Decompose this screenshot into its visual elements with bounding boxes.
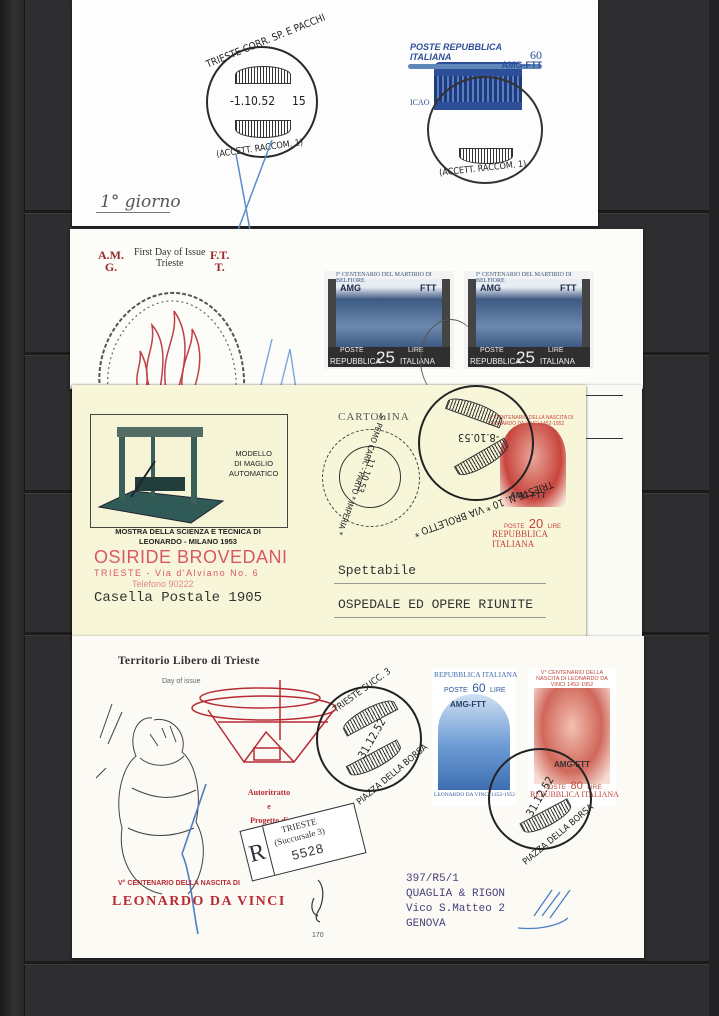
stamp-value: 25 bbox=[376, 348, 395, 368]
postmark-circle: -8.10.53 TRIESTE N. 10 * VIA BROLETTO * bbox=[418, 385, 534, 501]
caption-line: e bbox=[224, 800, 314, 814]
address-line: GENOVA bbox=[406, 917, 505, 932]
stamp-poste: POSTE bbox=[480, 347, 504, 354]
cover-4[interactable]: Territorio Libero di Trieste Day of issu… bbox=[72, 636, 644, 958]
postmark-circle: 31.12.52 PIAZZA DELLA BORSA bbox=[488, 748, 592, 850]
stamp-lire: LIRE bbox=[490, 687, 506, 694]
postmark-date: -1.10.52 bbox=[230, 94, 275, 108]
postmark-date: -8.10.53 bbox=[458, 431, 499, 444]
cover-2[interactable]: A.M. G. First Day of Issue Trieste F.T. … bbox=[70, 229, 643, 389]
cover-1[interactable]: -1.10.52 15 TRIESTE CORR. ⁠SP. E PACCHI … bbox=[72, 0, 598, 226]
header-amg-line2: G. bbox=[98, 261, 124, 273]
cachet-number: 170 bbox=[312, 932, 324, 939]
registration-letter: R bbox=[241, 826, 275, 880]
flames-icon bbox=[137, 311, 200, 389]
stamp-poste: POSTE bbox=[444, 687, 468, 694]
exhibition-text: MOSTRA DELLA SCIENZA E TECNICA DI LEONAR… bbox=[90, 527, 286, 547]
registration-number: 5528 bbox=[290, 840, 326, 863]
po-box: Casella Postale 1905 bbox=[94, 590, 262, 606]
address-line: 397/R5/1 bbox=[406, 872, 505, 887]
pencil-mark-icon bbox=[212, 140, 292, 230]
illustration-caption: MODELLO DI MAGLIO AUTOMATICO bbox=[229, 449, 278, 479]
stamp-poste: POSTE bbox=[410, 42, 441, 52]
stamp-country: REPUBBLICA ITALIANA bbox=[492, 529, 582, 549]
album-right-edge bbox=[709, 0, 719, 1016]
address-rule bbox=[334, 583, 546, 584]
caption-line: Autoritratto bbox=[224, 786, 314, 800]
sender-phone: Telefono 90222 bbox=[132, 579, 194, 589]
stamp-icao: ICAO bbox=[410, 98, 430, 107]
album-strip bbox=[24, 961, 709, 964]
stamp-overprint: AMG-FTT bbox=[502, 60, 543, 70]
caption-line: AUTOMATICO bbox=[229, 469, 278, 479]
exhibition-line: LEONARDO - MILANO 1953 bbox=[90, 537, 286, 547]
underline bbox=[96, 212, 170, 213]
stamp-value-bar: POSTE REPUBBLICA 25 LIRE ITALIANA bbox=[468, 347, 590, 367]
pencil-mark-icon bbox=[250, 329, 330, 389]
stamp-overprint-right: FTT bbox=[420, 283, 437, 293]
stamp-italiana: ITALIANA bbox=[540, 357, 575, 366]
cachet-title: Territorio Libero di Trieste bbox=[118, 655, 260, 667]
stamp-overprint: AMG-FTT bbox=[450, 700, 486, 709]
address-rule bbox=[334, 617, 546, 618]
caption-line: DI MAGLIO bbox=[229, 459, 278, 469]
pencil-mark-icon bbox=[518, 886, 578, 932]
album-binding-edge bbox=[0, 0, 25, 1016]
recipient-address: 397/R5/1 QUAGLIA & RIGON Vico S.Matteo 2… bbox=[406, 872, 505, 932]
sender-address: TRIESTE - Via d'Alviano No. 6 bbox=[94, 568, 259, 578]
stamp-republic: REPUBBLICA bbox=[330, 357, 381, 366]
postmark-circle: (ACCETT. RACCOM. 1) bbox=[427, 76, 543, 184]
stamp-overprint-left: AMG bbox=[340, 283, 361, 293]
header-fdi: First Day of Issue Trieste bbox=[134, 247, 205, 269]
header-fdi-line2: Trieste bbox=[134, 258, 205, 269]
header-ftt-line2: T. bbox=[210, 261, 229, 273]
postmark-circle: 11.10.53 S. PEMO CARR. - PARTO * IMPERIA… bbox=[322, 429, 420, 527]
maglio-illustration-frame: MODELLO DI MAGLIO AUTOMATICO bbox=[90, 414, 288, 528]
handwritten-note: 1° giorno bbox=[100, 192, 181, 212]
header-fdi-line1: First Day of Issue bbox=[134, 247, 205, 258]
address-line: Vico S.Matteo 2 bbox=[406, 902, 505, 917]
stamp-overprint-right: FTT bbox=[560, 283, 577, 293]
machine-illustration-icon bbox=[95, 421, 225, 525]
address-line: QUAGLIA & RIGON bbox=[406, 887, 505, 902]
centenary-line: V° CENTENARIO DELLA NASCITA DI bbox=[118, 880, 240, 887]
addressee-line-2: OSPEDALE ED OPERE RIUNITE bbox=[338, 597, 533, 612]
stamp-value-row: POSTE 60 LIRE bbox=[444, 679, 506, 697]
sender-name: OSIRIDE BROVEDANI bbox=[94, 547, 288, 568]
pencil-mark-icon bbox=[172, 784, 212, 934]
card-type-label: CARTOLINA bbox=[338, 411, 410, 423]
postcard[interactable]: MODELLO DI MAGLIO AUTOMATICO MOSTRA DELL… bbox=[72, 385, 586, 637]
postmark-circle: 31.12.52 TRIESTE SUCC. 3 PIAZZA DELLA BO… bbox=[316, 686, 422, 792]
stamp-value: 25 bbox=[516, 348, 535, 368]
stamp-country: REPUBBLICA ITALIANA bbox=[434, 670, 517, 679]
stamp-overprint-left: AMG bbox=[480, 283, 501, 293]
exhibition-line: MOSTRA DELLA SCIENZA E TECNICA DI bbox=[90, 527, 286, 537]
header-ftt: F.T. T. bbox=[210, 249, 229, 273]
crown-of-thorns-icon bbox=[90, 281, 250, 391]
stamp-value: 60 bbox=[472, 681, 485, 695]
stamp-lire: LIRE bbox=[548, 347, 564, 354]
caption-line: MODELLO bbox=[229, 449, 278, 459]
stamp-country: POSTE REPUBBLICA ITALIANA bbox=[410, 42, 542, 62]
stamp-top: V° CENTENARIO DELLA NASCITA DI LEONARDO … bbox=[530, 670, 614, 688]
stamp-poste: POSTE bbox=[340, 347, 364, 354]
quill-logo-icon bbox=[308, 878, 330, 924]
postmark-outer-text: TRIESTE CORR. ⁠SP. E PACCHI bbox=[205, 12, 327, 70]
leonardo-name: LEONARDO DA VINCI bbox=[112, 894, 286, 910]
belfiore-stamp[interactable]: I° CENTENARIO DEL MARTIRIO DI BELFIORE A… bbox=[464, 271, 594, 369]
postmark-time: 15 bbox=[292, 94, 306, 108]
header-amg: A.M. G. bbox=[98, 249, 124, 273]
addressee-line-1: Spettabile bbox=[338, 563, 416, 578]
